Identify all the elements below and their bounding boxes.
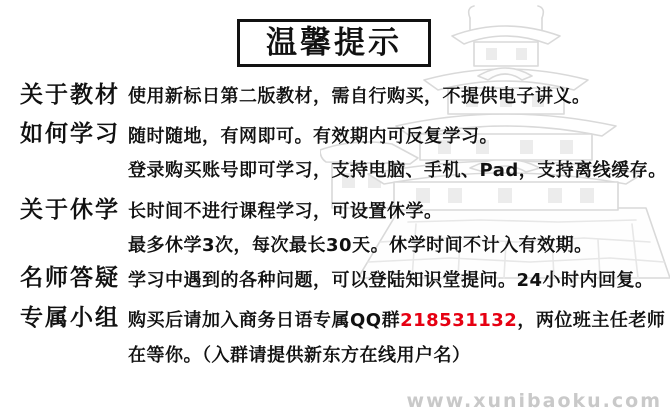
section-header-how-to-study: 如何学习 [20,123,120,146]
section-study-line2: 登录购买账号即可学习，支持电脑、手机、Pad，支持离线缓存。 [128,162,667,180]
qq-group-number: 218531132 [400,310,517,331]
section-header-leave: 关于休学 [20,199,120,222]
page-title: 温馨提示 [266,28,402,59]
section-header-group: 专属小组 [20,307,120,330]
tips-poster: 温馨提示 关于教材 使用新标日第二版教材，需自行购买，不提供电子讲义。 如何学习… [0,0,670,418]
section-group-line1: 购买后请加入商务日语专属QQ群218531132，两位班主任老师 [128,312,665,330]
section-study-line1: 随时随地，有网即可。有效期内可反复学习。 [128,128,498,146]
section-qa-line1: 学习中遇到的各种问题，可以登陆知识堂提问。24小时内回复。 [128,272,654,290]
title-box: 温馨提示 [237,19,431,67]
section-header-qa: 名师答疑 [20,267,120,290]
section-group-line2: 在等你。（入群请提供新东方在线用户名） [128,347,471,365]
section-textbook-line1: 使用新标日第二版教材，需自行购买，不提供电子讲义。 [128,88,591,106]
group-line1-suffix: ，两位班主任老师 [517,310,665,331]
section-header-textbook: 关于教材 [20,84,120,107]
group-line1-prefix: 购买后请加入商务日语专属QQ群 [128,310,400,331]
watermark-url: www.xunibaoku.com [407,392,662,411]
section-leave-line2: 最多休学3次，每次最长30天。休学时间不计入有效期。 [128,237,593,255]
section-leave-line1: 长时间不进行课程学习，可设置休学。 [128,203,443,221]
